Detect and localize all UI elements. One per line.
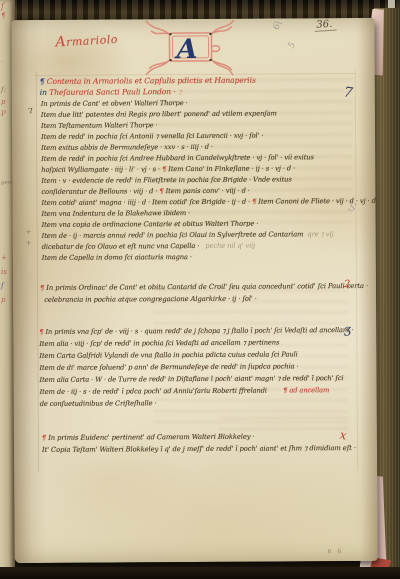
text-segment: Item · v · evidencie de redd' in Flietſt… <box>41 175 291 185</box>
text-segment: peche nil q' viij <box>199 242 255 250</box>
text-line: Item cotid' aiant' magna · iiij · d · It… <box>41 196 379 209</box>
text-line: Item de · iij · s · de redd' ī pdca poch… <box>40 384 354 398</box>
folio-number: 36. <box>314 19 337 32</box>
paragraph-3: ¶ In primis vna ſcp' de · viij · s · qua… <box>39 324 353 410</box>
paragraph-4: ¶ In primis Euidenc' pertinent' ad Camer… <box>42 430 356 456</box>
edge-text-fragment: ſ <box>1 282 4 290</box>
text-line: in Theſauraria Sancti Pauli London · ⁊ <box>40 86 256 98</box>
text-segment: Item de redd' in pochia ſci Antonii ⁊ ve… <box>41 132 263 141</box>
manuscript-photo: ſ¶·ſ:pPgend'+isſp Armariolo A <box>0 0 400 579</box>
text-segment: conſiderantur de Bellouns · viij · d · <box>41 187 157 196</box>
text-segment: de conſuetudinibus de Criſteſhalle · <box>40 399 157 408</box>
text-segment: Item de · iij · s · de redd' ī pdca poch… <box>40 387 267 396</box>
text-segment: Item Canoni de Fliete · vij · d · vj · d… <box>258 197 380 206</box>
text-line: celebrancia in pochia atque congregacion… <box>40 292 368 306</box>
text-segment: Item Carta Galfridi Vylandi de vna ſtall… <box>39 350 297 360</box>
initial-letter: A <box>173 34 197 65</box>
decorated-initial-icon: A <box>141 17 237 82</box>
text-segment: qre ⁊ vij <box>303 230 333 238</box>
text-segment: Contenta in Armariolis et Capſulis pdict… <box>47 76 256 86</box>
text-segment: In primis Euidenc' pertinent' ad Cameram… <box>48 433 255 442</box>
text-segment: In primis de Cant' et obven' Walteri Tho… <box>41 99 188 108</box>
text-line: Item de Capella in domo ſci aiacturis ma… <box>42 251 380 264</box>
text-line: ¶ Contenta in Armariolis et Capſulis pdi… <box>40 76 256 88</box>
text-segment: Item Teſtamentum Walteri Thorpe · <box>41 121 158 130</box>
edge-text-fragment: ¶ <box>1 12 5 20</box>
pencil-shelfmark: 6| <box>272 20 284 31</box>
bottom-folio-mark: 6 6 <box>328 548 344 555</box>
text-segment: dicebatur de ſco Olauo et eſt nunc vna C… <box>42 242 200 251</box>
text-segment: Item de · ij · marcis annui redd' in poc… <box>42 230 304 240</box>
edge-text-fragment: p <box>1 296 5 304</box>
text-segment: Item due litt' patentes dni Regis pro li… <box>41 109 277 118</box>
edge-text-fragment: P <box>1 110 6 118</box>
text-segment: ¶ <box>250 198 258 206</box>
text-segment: Item de redd' in pochia ſci Andree Hubba… <box>41 153 314 163</box>
text-segment: It' Copia Teſtam' Walteri Blokkeley ī q'… <box>42 444 356 454</box>
edge-text-fragment: · <box>1 58 3 66</box>
text-segment: Item de di' marce ſoluend' p ann' de Ber… <box>39 362 298 372</box>
text-segment: Item cotid' aiant' magna · iiij · d · It… <box>41 198 250 207</box>
edge-text-fragment: + <box>1 254 7 262</box>
text-line: ¶ In primis vna ſcp' de · viij · s · qua… <box>39 324 353 338</box>
plus-mark: + <box>26 229 32 236</box>
edge-text-fragment: ſ: <box>1 86 6 94</box>
text-segment: hoſpicii Wylliamgate · iiij · li' · vj ·… <box>41 165 160 174</box>
text-segment: Item exitus abbis de Bermundeſeye · xxv … <box>41 143 213 152</box>
text-segment: ⁊ <box>176 87 182 96</box>
book-bottom-edge <box>0 567 400 579</box>
text-segment: Theſauraria Sancti Pauli London · <box>49 87 175 97</box>
edge-text-fragment: is <box>1 268 7 276</box>
text-line: de conſuetudinibus de Criſteſhalle · <box>40 396 354 410</box>
paragraph-rubric: ¶ Contenta in Armariolis et Capſulis pdi… <box>40 76 256 98</box>
text-segment: Item de Capella in domo ſci aiacturis ma… <box>42 253 192 262</box>
manuscript-page: Armariolo A 6| 5 36. ¶ Contenta in Armar… <box>11 18 377 563</box>
text-line: ¶ In primis Ordinac' de Cant' et obitu C… <box>40 280 368 294</box>
text-line: It' Copia Teſtam' Walteri Blokkeley ī q'… <box>42 442 356 456</box>
text-segment: ¶ <box>160 165 168 173</box>
edge-text-fragment: ſ <box>1 2 4 11</box>
text-segment: In primis Ordinac' de Cant' et obitu Can… <box>46 282 368 292</box>
plus-mark: + <box>26 240 32 247</box>
text-segment: Item Cano' in Finkeſlane · ij · s · vj ·… <box>168 164 295 173</box>
text-segment: Item panis conv' · viij · d · <box>166 187 250 196</box>
paragraph-2: ¶ In primis Ordinac' de Cant' et obitu C… <box>40 280 368 306</box>
paragraph-1: In primis de Cant' et obven' Walteri Tho… <box>41 97 380 264</box>
hook-mark: L <box>28 106 33 113</box>
text-segment: Item vna copia de ordinacione Cantarie e… <box>42 220 259 229</box>
text-segment: Item alia Carta · W · de Turre de redd' … <box>40 374 344 384</box>
text-segment: In primis vna ſcp' de · viij · s · quam … <box>45 326 353 336</box>
text-segment: Item alia · viij · ſcp' de redd' in poch… <box>39 338 279 347</box>
margin-numeral-3: ʒ <box>344 323 351 335</box>
text-segment: celebrancia in pochia atque congregacion… <box>40 295 257 304</box>
margin-numeral-7: 7 <box>343 86 354 101</box>
text-segment: ¶ <box>157 187 165 195</box>
text-segment: ¶ ad ancellam <box>267 386 329 394</box>
edge-text-fragment: p <box>1 98 5 106</box>
margin-numeral-2: 2 <box>344 280 350 290</box>
pencil-shelfmark: 5 <box>287 41 298 50</box>
text-segment: Item vna Indentura de la Blakehawe ibide… <box>42 209 191 218</box>
running-title: Armariolo <box>55 31 118 51</box>
